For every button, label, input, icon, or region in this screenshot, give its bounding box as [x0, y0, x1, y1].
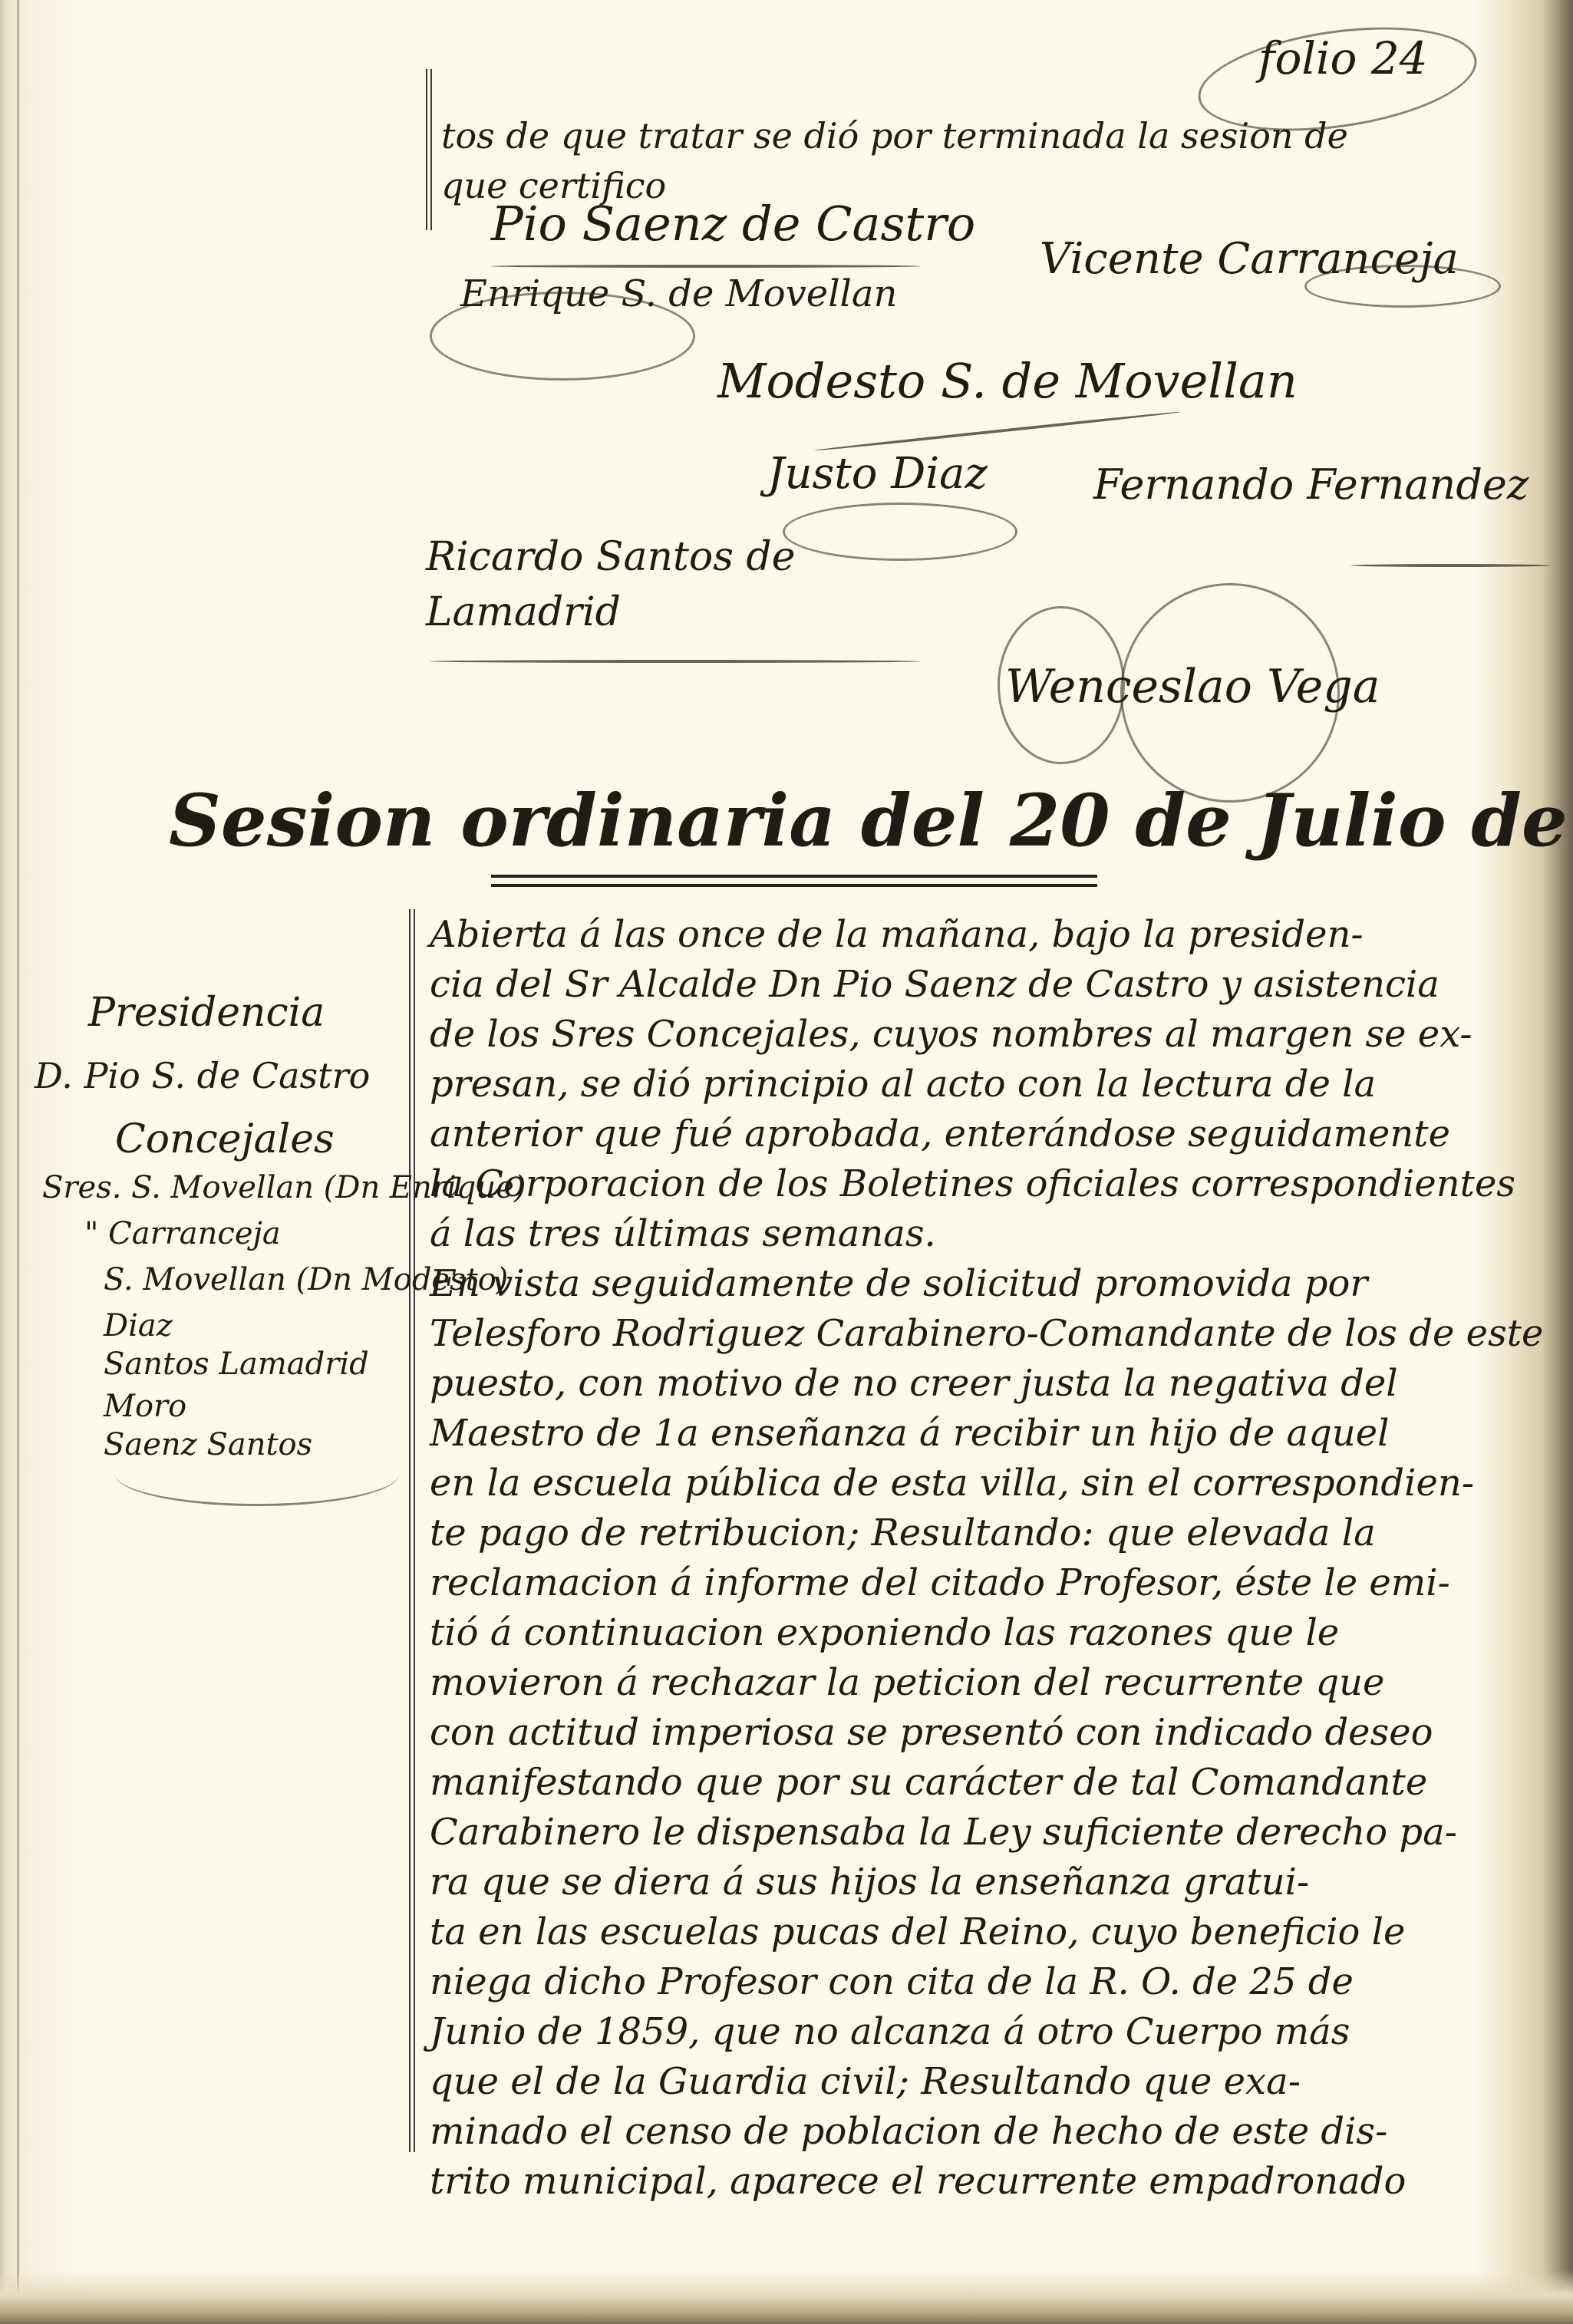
body-line: Abierta á las once de la mañana, bajo la…: [430, 913, 1364, 956]
body-line: puesto, con motivo de no creer justa la …: [430, 1362, 1398, 1405]
body-line: te pago de retribucion; Resultando: que …: [430, 1511, 1376, 1554]
signature: Ricardo Santos de Lamadrid: [426, 529, 856, 640]
signature: Modesto S. de Movellan: [717, 353, 1298, 409]
margin-presidente: D. Pio S. de Castro: [35, 1055, 370, 1096]
body-line: con actitud imperiosa se presentó con in…: [430, 1711, 1433, 1754]
body-line: minado el censo de poblacion de hecho de…: [430, 2110, 1387, 2153]
signature-flourish: [1304, 265, 1501, 308]
body-line: niega dicho Profesor con cita de la R. O…: [430, 1960, 1354, 2003]
body-line: cia del Sr Alcalde Dn Pio Saenz de Castr…: [430, 963, 1439, 1006]
signature-flourish: [430, 292, 695, 381]
body-line: manifestando que por su carácter de tal …: [430, 1761, 1427, 1804]
margin-rule: [409, 909, 415, 2152]
body-line: que el de la Guardia civil; Resultando q…: [430, 2060, 1301, 2103]
body-line: anterior que fué aprobada, enterándose s…: [430, 1113, 1450, 1155]
signature-flourish: [491, 265, 921, 268]
body-line: En vista seguidamente de solicitud promo…: [430, 1262, 1367, 1305]
folio-number: folio 24: [1258, 32, 1428, 84]
body-line: en la escuela pública de esta villa, sin…: [430, 1462, 1474, 1505]
session-title: Sesion ordinaria del 20 de Julio de 1879: [169, 779, 1573, 863]
body-line: movieron á rechazar la peticion del recu…: [430, 1661, 1384, 1704]
margin-presidencia-heading: Presidencia: [88, 990, 325, 1036]
margin-concejal: Diaz: [104, 1308, 173, 1343]
signature: Justo Diaz: [767, 449, 988, 499]
body-line: presan, se dió principio al acto con la …: [430, 1063, 1376, 1106]
binding-gutter: [17, 0, 19, 2324]
body-line: trito municipal, aparece el recurrente e…: [430, 2160, 1406, 2203]
signature-flourish: [814, 410, 1181, 452]
body-line: ra que se diera á sus hijos la enseñanza…: [430, 1861, 1309, 1904]
body-line: la Corporacion de los Boletines oficiale…: [430, 1162, 1515, 1205]
body-line: ta en las escuelas pucas del Reino, cuyo…: [430, 1910, 1405, 1953]
body-line: Maestro de 1a enseñanza á recibir un hij…: [430, 1412, 1390, 1455]
closing-line: tos de que tratar se dió por terminada l…: [441, 115, 1348, 157]
body-line: Junio de 1859, que no alcanza á otro Cue…: [430, 2010, 1350, 2053]
signature: Pio Saenz de Castro: [491, 196, 975, 252]
margin-concejal: Santos Lamadrid: [104, 1347, 369, 1382]
body-line: tió á continuacion exponiendo las razone…: [430, 1611, 1339, 1654]
page-bottom-edge: [0, 2270, 1573, 2324]
title-double-rule: [491, 875, 1097, 887]
margin-concejales-heading: Concejales: [115, 1116, 335, 1162]
signature: Wenceslao Vega: [1005, 660, 1380, 714]
closing-margin-rule: [426, 69, 432, 230]
body-line: Telesforo Rodriguez Carabinero-Comandant…: [430, 1312, 1543, 1355]
margin-concejal: " Carranceja: [84, 1216, 281, 1251]
manuscript-page: folio 24 tos de que tratar se dió por te…: [0, 0, 1573, 2324]
margin-concejal: Moro: [104, 1389, 186, 1424]
signature: Fernando Fernandez: [1093, 460, 1528, 509]
body-line: á las tres últimas semanas.: [430, 1212, 936, 1255]
body-line: Carabinero le dispensaba la Ley suficien…: [430, 1811, 1457, 1854]
signature-flourish: [430, 660, 921, 663]
body-line: de los Sres Concejales, cuyos nombres al…: [430, 1013, 1472, 1056]
signature-flourish: [1350, 564, 1550, 567]
body-line: reclamacion á informe del citado Profeso…: [430, 1561, 1450, 1604]
margin-flourish: [115, 1442, 399, 1506]
